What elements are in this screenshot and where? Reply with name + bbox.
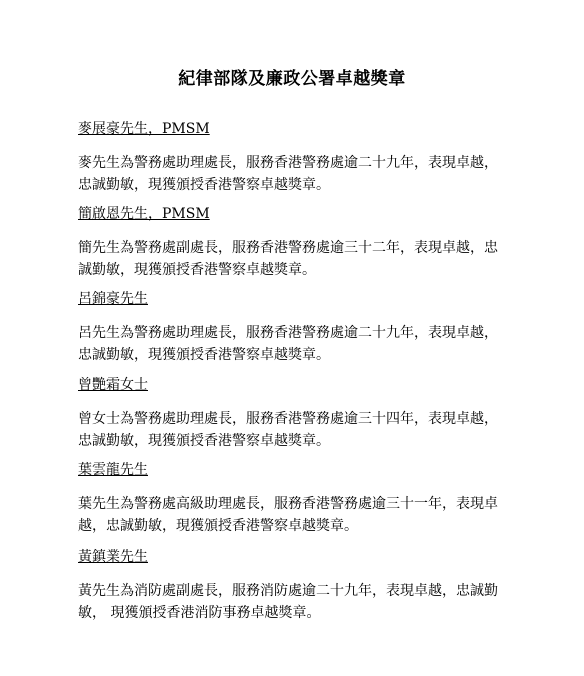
citation-line: 忠誠勤敏，現獲頒授香港警察卓越獎章。	[78, 344, 518, 366]
citation-line: 誠勤敏，現獲頒授香港警察卓越獎章。	[78, 259, 518, 281]
award-entry: 黃鎮業先生 黃先生為消防處副處長，服務消防處逾二十九年，表現卓越，忠誠勤 敏， …	[78, 547, 518, 624]
citation-line: 曾女士為警務處助理處長，服務香港警務處逾三十四年，表現卓越，	[78, 408, 518, 430]
citation-text: 黃先生為消防處副處長，服務消防處逾二十九年，表現卓越，忠誠勤 敏， 現獲頒授香港…	[78, 580, 518, 624]
citation-line: 葉先生為警務處高級助理處長，服務香港警務處逾三十一年，表現卓	[78, 493, 518, 515]
citation-line: 麥先生為警務處助理處長，服務香港警務處逾二十九年，表現卓越，	[78, 152, 518, 174]
recipient-name: 黃鎮業先生	[78, 547, 518, 567]
award-entry: 簡啟恩先生，PMSM 簡先生為警務處副處長，服務香港警務處逾三十二年，表現卓越，…	[78, 204, 518, 281]
citation-text: 曾女士為警務處助理處長，服務香港警務處逾三十四年，表現卓越， 忠誠勤敏，現獲頒授…	[78, 408, 518, 452]
citation-line: 忠誠勤敏，現獲頒授香港警察卓越獎章。	[78, 174, 518, 196]
recipient-name: 麥展豪先生，PMSM	[78, 119, 518, 139]
document-page: 紀律部隊及廉政公署卓越獎章 麥展豪先生，PMSM 麥先生為警務處助理處長，服務香…	[0, 0, 584, 676]
citation-line: 忠誠勤敏，現獲頒授香港警察卓越獎章。	[78, 430, 518, 452]
citation-line: 簡先生為警務處副處長，服務香港警務處逾三十二年，表現卓越，忠	[78, 237, 518, 259]
citation-line: 越，忠誠勤敏，現獲頒授香港警察卓越獎章。	[78, 515, 518, 537]
award-entry: 葉雲龍先生 葉先生為警務處高級助理處長，服務香港警務處逾三十一年，表現卓 越，忠…	[78, 460, 518, 537]
recipient-name: 簡啟恩先生，PMSM	[78, 204, 518, 224]
citation-text: 麥先生為警務處助理處長，服務香港警務處逾二十九年，表現卓越， 忠誠勤敏，現獲頒授…	[78, 152, 518, 196]
award-entry: 曾艷霜女士 曾女士為警務處助理處長，服務香港警務處逾三十四年，表現卓越， 忠誠勤…	[78, 375, 518, 452]
recipient-name: 呂錦豪先生	[78, 289, 518, 309]
citation-line: 黃先生為消防處副處長，服務消防處逾二十九年，表現卓越，忠誠勤	[78, 580, 518, 602]
award-entry: 麥展豪先生，PMSM 麥先生為警務處助理處長，服務香港警務處逾二十九年，表現卓越…	[78, 119, 518, 196]
citation-text: 葉先生為警務處高級助理處長，服務香港警務處逾三十一年，表現卓 越，忠誠勤敏，現獲…	[78, 493, 518, 537]
recipient-name: 葉雲龍先生	[78, 460, 518, 480]
citation-line: 敏， 現獲頒授香港消防事務卓越獎章。	[78, 602, 518, 624]
award-entry: 呂錦豪先生 呂先生為警務處助理處長，服務香港警務處逾二十九年，表現卓越， 忠誠勤…	[78, 289, 518, 366]
citation-text: 簡先生為警務處副處長，服務香港警務處逾三十二年，表現卓越，忠 誠勤敏，現獲頒授香…	[78, 237, 518, 281]
citation-line: 呂先生為警務處助理處長，服務香港警務處逾二十九年，表現卓越，	[78, 322, 518, 344]
document-title: 紀律部隊及廉政公署卓越獎章	[0, 64, 584, 89]
recipient-name: 曾艷霜女士	[78, 375, 518, 395]
citation-text: 呂先生為警務處助理處長，服務香港警務處逾二十九年，表現卓越， 忠誠勤敏，現獲頒授…	[78, 322, 518, 366]
